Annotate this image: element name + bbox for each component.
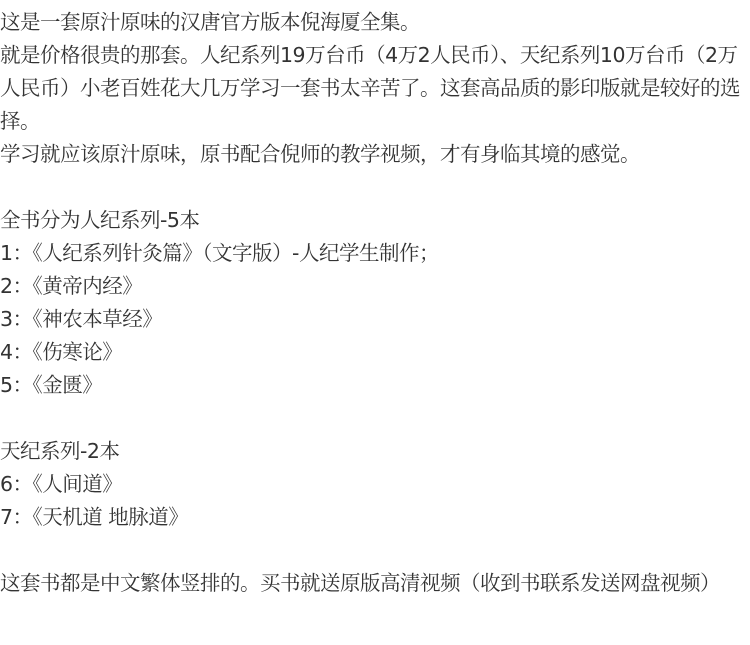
intro-line-1: 这是一套原汁原味的汉唐官方版本倪海厦全集。 xyxy=(0,6,750,39)
spacer xyxy=(0,402,750,435)
renji-series-section: 全书分为人纪系列-5本 1：《人纪系列针灸篇》（文字版）-人纪学生制作； 2：《… xyxy=(0,204,750,402)
book-list-item: 7：《天机道 地脉道》 xyxy=(0,501,750,534)
book-list-item: 5：《金匮》 xyxy=(0,369,750,402)
spacer xyxy=(0,534,750,567)
tianji-heading: 天纪系列-2本 xyxy=(0,435,750,468)
footer-note: 这套书都是中文繁体竖排的。买书就送原版高清视频（收到书联系发送网盘视频） xyxy=(0,567,745,600)
tianji-series-section: 天纪系列-2本 6：《人间道》 7：《天机道 地脉道》 xyxy=(0,435,750,534)
book-list-item: 6：《人间道》 xyxy=(0,468,750,501)
renji-heading: 全书分为人纪系列-5本 xyxy=(0,204,750,237)
book-list-item: 2：《黄帝内经》 xyxy=(0,270,750,303)
intro-price-paragraph: 就是价格很贵的那套。人纪系列19万台币（4万2人民币）、天纪系列10万台币（2万… xyxy=(0,39,745,138)
book-list-item: 3：《神农本草经》 xyxy=(0,303,750,336)
book-list-item: 1：《人纪系列针灸篇》（文字版）-人纪学生制作； xyxy=(0,237,750,270)
book-list-item: 4：《伤寒论》 xyxy=(0,336,750,369)
spacer xyxy=(0,171,750,204)
product-description: 这是一套原汁原味的汉唐官方版本倪海厦全集。 就是价格很贵的那套。人纪系列19万台… xyxy=(0,0,750,600)
intro-line-3: 学习就应该原汁原味，原书配合倪师的教学视频，才有身临其境的感觉。 xyxy=(0,138,750,171)
